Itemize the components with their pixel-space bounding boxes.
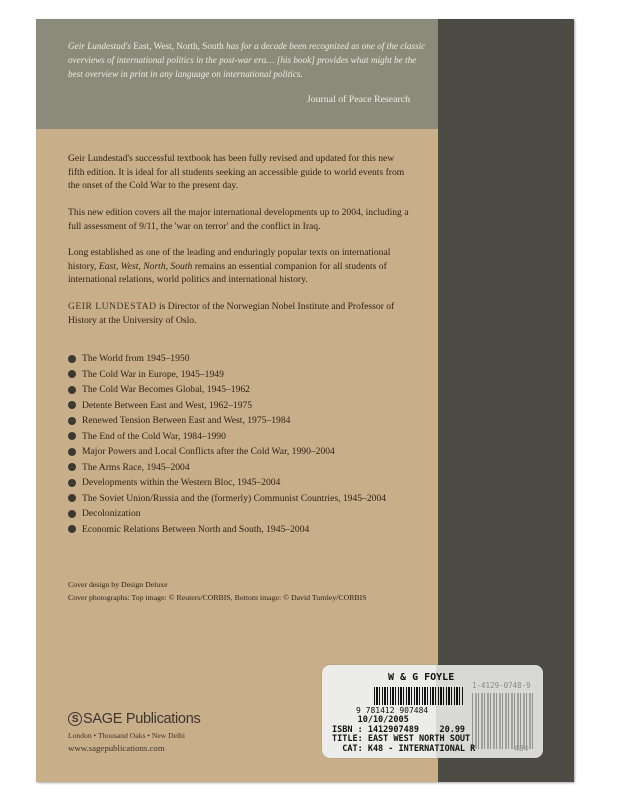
bullet-icon bbox=[68, 401, 76, 409]
description-paragraph-1: Geir Lundestad's successful textbook has… bbox=[68, 152, 413, 193]
publisher-url: www.sagepublications.com bbox=[68, 743, 200, 753]
contents-item: The Cold War Becomes Global, 1945–1962 bbox=[68, 382, 386, 398]
store-name: W & G FOYLE bbox=[388, 672, 454, 683]
bullet-icon bbox=[68, 386, 76, 394]
book-title: East, West, North, South bbox=[99, 261, 192, 272]
bullet-icon bbox=[68, 494, 76, 502]
bullet-icon bbox=[68, 525, 76, 533]
printed-barcode-number: 484 bbox=[514, 744, 528, 753]
contents-item: Detente Between East and West, 1962–1975 bbox=[68, 398, 386, 414]
bullet-icon bbox=[68, 370, 76, 378]
contents-item: Developments within the Western Bloc, 19… bbox=[68, 475, 386, 491]
quote-part: Geir Lundestad's bbox=[68, 41, 133, 51]
quote-source: Journal of Peace Research bbox=[307, 94, 410, 105]
author-name: GEIR LUNDESTAD bbox=[68, 301, 157, 312]
contents-item: The End of the Cold War, 1984–1990 bbox=[68, 429, 386, 445]
contents-item: The Soviet Union/Russia and the (formerl… bbox=[68, 491, 386, 507]
contents-item: Economic Relations Between North and Sou… bbox=[68, 522, 386, 538]
publisher-logo: SSAGE Publications bbox=[68, 711, 200, 727]
price-sticker: 1-4129-0748-9 484 W & G FOYLE 9 781412 9… bbox=[322, 665, 543, 758]
description-paragraph-2: This new edition covers all the major in… bbox=[68, 206, 413, 233]
bullet-icon bbox=[68, 479, 76, 487]
photo-credit: Cover photographs: Top image: © Reuters/… bbox=[68, 591, 367, 604]
review-quote: Geir Lundestad's East, West, North, Sout… bbox=[68, 39, 428, 81]
contents-item: Decolonization bbox=[68, 506, 386, 522]
barcode-icon bbox=[374, 687, 464, 705]
printed-isbn: 1-4129-0748-9 bbox=[472, 681, 531, 690]
contents-item: Renewed Tension Between East and West, 1… bbox=[68, 413, 386, 429]
bullet-icon bbox=[68, 463, 76, 471]
sage-logo-icon: S bbox=[68, 712, 82, 726]
contents-item: The Cold War in Europe, 1945–1949 bbox=[68, 367, 386, 383]
quote-book-title: East, West, North, South bbox=[133, 41, 223, 51]
sticker-details: 10/10/2005 ISBN : 1412907489 20.99 TITLE… bbox=[332, 716, 475, 754]
publisher-cities: London • Thousand Oaks • New Delhi bbox=[68, 731, 200, 740]
contents-item: Major Powers and Local Conflicts after t… bbox=[68, 444, 386, 460]
bullet-icon bbox=[68, 432, 76, 440]
bullet-icon bbox=[68, 448, 76, 456]
author-bio: GEIR LUNDESTAD is Director of the Norweg… bbox=[68, 300, 413, 327]
publisher-block: SSAGE Publications London • Thousand Oak… bbox=[68, 711, 200, 753]
cover-credits: Cover design by Design Deluxe Cover phot… bbox=[68, 578, 367, 604]
printed-barcode-icon bbox=[472, 693, 534, 749]
contents-list: The World from 1945–1950The Cold War in … bbox=[68, 351, 386, 537]
description-paragraph-3: Long established as one of the leading a… bbox=[68, 246, 413, 287]
contents-item: The World from 1945–1950 bbox=[68, 351, 386, 367]
bullet-icon bbox=[68, 510, 76, 518]
contents-item: The Arms Race, 1945–2004 bbox=[68, 460, 386, 476]
bullet-icon bbox=[68, 355, 76, 363]
design-credit: Cover design by Design Deluxe bbox=[68, 578, 367, 591]
ean-number: 9 781412 907484 bbox=[356, 706, 428, 715]
bullet-icon bbox=[68, 417, 76, 425]
quote-band: Geir Lundestad's East, West, North, Sout… bbox=[36, 19, 438, 129]
book-back-cover: Geir Lundestad's East, West, North, Sout… bbox=[36, 19, 574, 782]
